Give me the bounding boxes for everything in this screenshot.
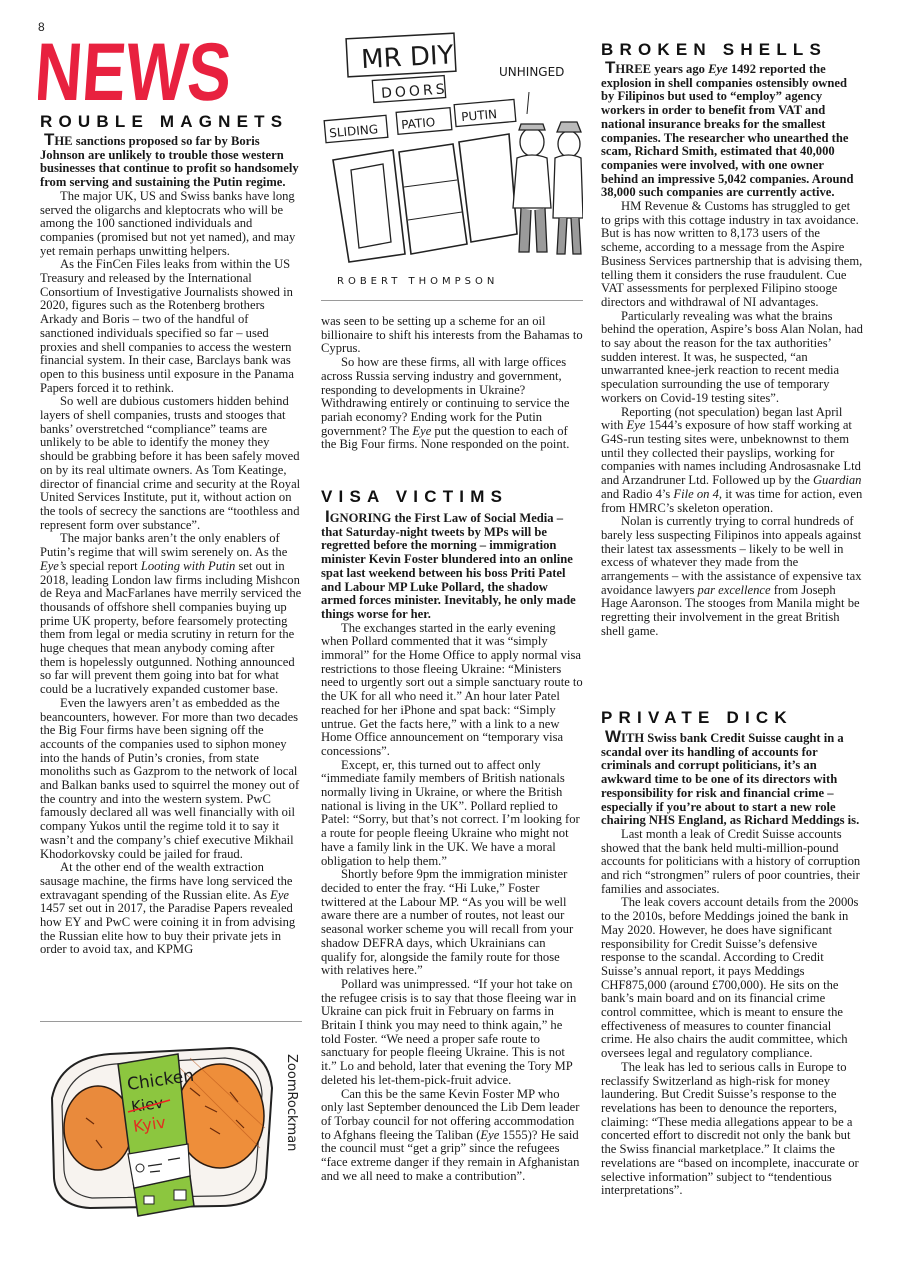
story-broken-shells: BROKEN SHELLS THREE years ago Eye 1492 r… [601,40,863,639]
story-lead: THE sanctions proposed so far by Boris J… [40,134,302,190]
headline: BROKEN SHELLS [601,40,863,60]
story-lead: WITH Swiss bank Credit Suisse caught in … [601,731,863,828]
svg-text:ZoomRockman: ZoomRockman [284,1054,299,1151]
paragraph: Last month a leak of Credit Suisse accou… [601,828,863,897]
paragraph: Particularly revealing was what the brai… [601,310,863,406]
paragraph: Even the lawyers aren’t as embedded as t… [40,697,302,861]
divider [321,300,583,301]
paragraph: The exchanges started in the early eveni… [321,622,583,759]
page-number: 8 [38,20,45,34]
paragraph: The major UK, US and Swiss banks have lo… [40,190,302,259]
paragraph: Nolan is currently trying to corral hund… [601,515,863,638]
chicken-kyiv-illustration: Chicken Kiev Kyiv ZoomRockman [40,1028,302,1218]
svg-text:UNHINGED: UNHINGED [499,65,564,79]
story-private-dick: PRIVATE DICK WITH Swiss bank Credit Suis… [601,708,863,1198]
headline: ROUBLE MAGNETS [40,112,302,132]
cartoon-chicken-kyiv: Chicken Kiev Kyiv ZoomRockman [40,1028,302,1218]
paragraph: As the FinCen Files leaks from within th… [40,258,302,395]
story-rouble-magnets-continued: was seen to be setting up a scheme for a… [321,315,583,452]
paragraph: Pollard was unimpressed. “If your hot ta… [321,978,583,1088]
paragraph: Shortly before 9pm the immigration minis… [321,868,583,978]
svg-text:PATIO: PATIO [401,115,436,132]
story-lead: IGNORING the First Law of Social Media –… [321,511,583,622]
svg-text:NEWS: NEWS [38,34,234,106]
story-lead: THREE years ago Eye 1492 reported the ex… [601,62,863,200]
headline: PRIVATE DICK [601,708,863,728]
story-rouble-magnets: ROUBLE MAGNETS THE sanctions proposed so… [40,112,302,957]
mr-diy-illustration: MR DIY DOORS SLIDING PATIO PUTIN UNHINGE… [321,22,583,292]
paragraph: So well are dubious customers hidden beh… [40,395,302,532]
svg-text:MR DIY: MR DIY [360,40,454,75]
drop-cap: T [44,130,54,149]
svg-text:DOORS: DOORS [381,81,448,102]
svg-text:ROBERT THOMPSON: ROBERT THOMPSON [337,276,498,287]
section-masthead-news: NEWS [38,34,238,106]
divider [40,1021,302,1022]
paragraph: The major banks aren’t the only enablers… [40,532,302,696]
story-visa-victims: VISA VICTIMS IGNORING the First Law of S… [321,487,583,1183]
news-logo-icon: NEWS [38,34,238,106]
headline: VISA VICTIMS [321,487,583,507]
paragraph: The leak covers account details from the… [601,896,863,1060]
paragraph: Can this be the same Kevin Foster MP who… [321,1088,583,1184]
paragraph: At the other end of the wealth extractio… [40,861,302,957]
paragraph: Reporting (not speculation) began last A… [601,406,863,516]
cartoon-mr-diy: MR DIY DOORS SLIDING PATIO PUTIN UNHINGE… [321,22,583,292]
paragraph: was seen to be setting up a scheme for a… [321,315,583,356]
paragraph: So how are these firms, all with large o… [321,356,583,452]
paragraph: The leak has led to serious calls in Eur… [601,1061,863,1198]
drop-cap: W [605,727,621,746]
paragraph: Except, er, this turned out to affect on… [321,759,583,869]
paragraph: HM Revenue & Customs has struggled to ge… [601,200,863,310]
drop-cap: T [605,58,615,77]
